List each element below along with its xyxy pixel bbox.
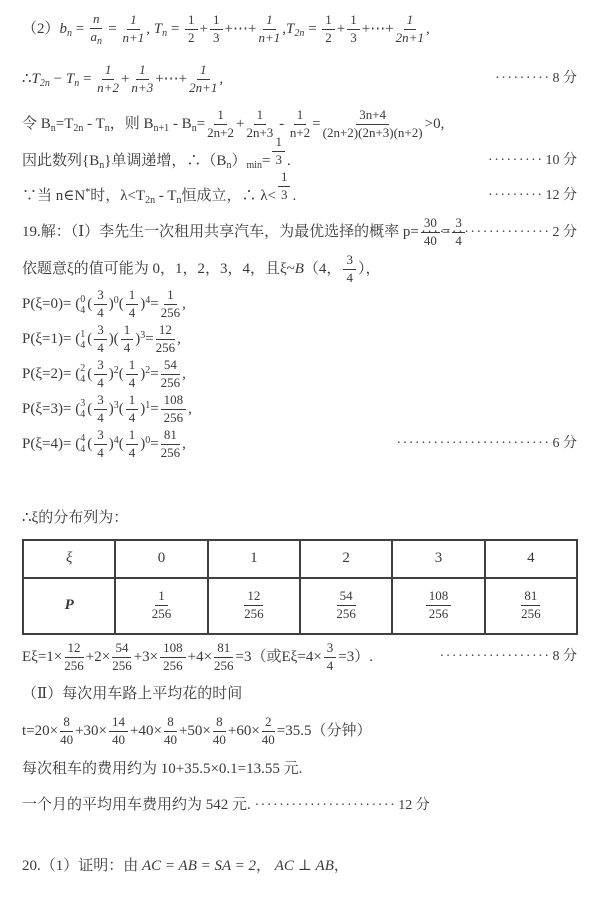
fraction-denominator: 256 <box>161 445 181 461</box>
table-data-row: P1256122565425610825681256 <box>23 578 577 634</box>
table-header-row: ξ01234 <box>23 540 577 578</box>
fraction: 12 <box>322 13 335 46</box>
fraction-denominator: 4 <box>129 375 136 391</box>
fraction: 1n+1 <box>258 13 280 46</box>
fraction-denominator: 4 <box>327 658 334 674</box>
fraction: 34 <box>94 358 107 391</box>
fraction: 108256 <box>160 641 186 674</box>
text-run: − <box>50 71 66 87</box>
text-run: =T <box>56 116 74 132</box>
fraction-denominator: 2n+1 <box>189 80 217 96</box>
text-run: = <box>150 366 158 382</box>
fraction-denominator: 256 <box>429 606 449 622</box>
fraction-denominator: 2 <box>188 30 195 46</box>
fraction: 34 <box>94 428 107 461</box>
fraction-numerator: 8 <box>164 715 177 732</box>
fraction-denominator: 256 <box>156 340 176 356</box>
sol19-probability: 19.解：（Ⅰ）李先生一次租用共享汽车，为最优选择的概率 p=3040=34··… <box>22 216 577 249</box>
fraction-numerator: 1 <box>254 108 267 125</box>
table-header-cell: 2 <box>300 540 392 578</box>
fraction: 12n+2 <box>207 108 234 141</box>
text-run: Eξ=1× <box>22 648 62 664</box>
fraction-numerator: 108 <box>426 589 452 606</box>
fraction: 14 <box>126 358 139 391</box>
text-run: （4， <box>304 261 342 277</box>
text-run: +50× <box>179 723 211 739</box>
fraction: 34 <box>324 641 337 674</box>
text-run: T <box>32 71 40 87</box>
fraction: 1n+1 <box>122 13 144 46</box>
score-marker: ·····················2 分 <box>421 220 577 246</box>
text-run: +4× <box>188 648 212 664</box>
fraction-denominator: (2n+2)(2n+3)(n+2) <box>323 125 423 141</box>
score-label: 8 分 <box>553 649 578 664</box>
fraction-numerator: 81 <box>521 589 540 606</box>
text-run: 每次租车的费用约为 10+35.5×0.1=13.55 元. <box>22 761 302 777</box>
table-header-cell: 4 <box>485 540 577 578</box>
fraction: 13 <box>272 135 285 168</box>
eq-p-xi-1: P(ξ=1)= (14(34)(14)3=12256, <box>22 323 577 356</box>
fraction-denominator: 256 <box>336 606 356 622</box>
fraction-numerator: 1 <box>126 358 139 375</box>
subscript: 2n <box>40 78 50 89</box>
fraction-numerator: 1 <box>294 108 307 125</box>
text-run: AB <box>316 858 334 874</box>
table-header-cell: 1 <box>208 540 300 578</box>
eq-p-xi-2: P(ξ=2)= (24(34)2(14)2=54256, <box>22 358 577 391</box>
eq-bn-definition: （2）bn = nan = 1n+1, Tn = 12+13+⋯+1n+1,T2… <box>22 12 577 47</box>
fraction-denominator: n+2 <box>97 80 119 96</box>
fraction-denominator: 4 <box>129 445 136 461</box>
text-run: =3（或Eξ=4× <box>236 648 322 664</box>
eq-p-xi-0: P(ξ=0)= (04(34)0(14)4=1256, <box>22 288 577 321</box>
text-run: ( <box>119 296 124 312</box>
dot-leader: ······················· <box>255 798 397 813</box>
fraction-numerator: 12 <box>244 589 263 606</box>
fraction: 108256 <box>161 393 187 426</box>
text-run: ( <box>87 331 92 347</box>
fraction-denominator: 256 <box>64 658 84 674</box>
fraction-numerator: 1 <box>126 288 139 305</box>
binomial-stack: 04 <box>80 294 85 316</box>
table-data-cell: 81256 <box>485 578 577 634</box>
fraction-denominator: 4 <box>97 305 104 321</box>
fraction: 12 <box>185 13 198 46</box>
fraction: 1n+2 <box>290 108 310 141</box>
text-run: =3）. <box>338 648 373 664</box>
dot-leader: ········· <box>488 153 543 168</box>
dot-leader: ························· <box>396 436 550 451</box>
text-run: ）， <box>358 261 381 277</box>
fraction-denominator: 256 <box>112 658 132 674</box>
fraction: 13 <box>347 13 360 46</box>
text-run: = <box>304 21 320 37</box>
text-run: , <box>426 21 430 37</box>
table-data-cell: 54256 <box>300 578 392 634</box>
fraction-denominator: 256 <box>152 606 172 622</box>
table-data-cell: P <box>23 578 115 634</box>
text-run: . <box>292 187 296 203</box>
fraction-denominator: 3 <box>213 30 220 46</box>
text-run: ( <box>87 296 92 312</box>
fraction-denominator: an <box>90 29 102 47</box>
text-run: AC = AB = SA = 2 <box>142 858 256 874</box>
score-label: 10 分 <box>546 153 578 168</box>
subscript: min <box>246 160 262 171</box>
eq-average-time: t=20×840+30×1440+40×840+50×840+60×240=35… <box>22 715 577 748</box>
dot-leader: ·················· <box>440 649 551 664</box>
fraction-numerator: n <box>90 12 103 29</box>
score-label: 12 分 <box>398 798 430 813</box>
text-run: +60× <box>228 723 260 739</box>
text-run: +⋯+ <box>225 21 257 37</box>
fraction-denominator: 256 <box>163 658 183 674</box>
fraction-numerator: 1 <box>126 393 139 410</box>
fraction-denominator: 256 <box>214 658 234 674</box>
eq-p-xi-4: P(ξ=4)= (44(34)4(14)0=81256,············… <box>22 428 577 461</box>
binomial-stack: 14 <box>80 329 85 351</box>
fraction-denominator: 256 <box>164 410 184 426</box>
text-run: - T <box>83 116 104 132</box>
fraction-denominator: 4 <box>97 340 104 356</box>
eq-expectation: Eξ=1×12256+2×54256+3×108256+4×81256=3（或E… <box>22 641 577 674</box>
text-run: = <box>79 71 95 87</box>
fraction: 81256 <box>521 589 541 622</box>
fraction-numerator: 1 <box>404 13 417 30</box>
text-run: = <box>145 331 153 347</box>
fraction: 840 <box>164 715 177 748</box>
fraction: 1256 <box>152 589 172 622</box>
fraction: 12256 <box>244 589 264 622</box>
sol19-xi-values: 依题意ξ的值可能为 0，1，2，3，4，且ξ~B（4，34）， <box>22 253 577 286</box>
fraction: 12256 <box>156 323 176 356</box>
subscript: n+1 <box>154 123 170 134</box>
text-run: , <box>182 436 186 452</box>
fraction: 34 <box>94 393 107 426</box>
fraction-numerator: 1 <box>197 63 210 80</box>
fraction: 240 <box>262 715 275 748</box>
fraction-denominator: 256 <box>161 375 181 391</box>
binomial-top: 1 <box>80 329 85 340</box>
fraction: 34 <box>94 323 107 356</box>
fraction: 108256 <box>426 589 452 622</box>
fraction-numerator: 108 <box>160 641 186 658</box>
fraction: 54256 <box>112 641 132 674</box>
table-header-cell: 3 <box>392 540 484 578</box>
sol20-start: 20.（1）证明：由 AC = AB = SA = 2， AC ⊥ AB， <box>22 853 577 879</box>
fraction-numerator: 1 <box>136 63 149 80</box>
text-run: 时，λ<T <box>90 187 145 203</box>
fraction-numerator: 3 <box>94 288 107 305</box>
fraction-numerator: 3 <box>94 358 107 375</box>
fraction-denominator: 2n+1 <box>396 30 424 46</box>
text-run: . <box>287 153 291 169</box>
text-run: ( <box>87 366 92 382</box>
text-run: ⊥ <box>294 858 316 874</box>
binomial-bottom: 4 <box>80 340 85 351</box>
fraction-denominator: 3 <box>275 152 282 168</box>
text-run: +30× <box>75 723 107 739</box>
fraction: 12n+1 <box>396 13 424 46</box>
text-run: + <box>200 21 208 37</box>
fraction: 54256 <box>161 358 181 391</box>
fraction-denominator: 4 <box>124 340 131 356</box>
fraction: 13 <box>210 13 223 46</box>
dot-leader: ····················· <box>421 225 550 240</box>
fraction: 3n+4(2n+2)(2n+3)(n+2) <box>323 108 423 141</box>
score-marker: ·························6 分 <box>396 431 577 457</box>
table-data-cell: 12256 <box>208 578 300 634</box>
text-run: ( <box>87 436 92 452</box>
fraction-denominator: 4 <box>97 375 104 391</box>
binomial-top: 0 <box>80 294 85 305</box>
score-marker: ·······················12 分 <box>255 798 430 813</box>
fraction-denominator: 40 <box>112 732 125 748</box>
fraction: 14 <box>126 393 139 426</box>
binomial-stack: 44 <box>80 433 85 455</box>
score-marker: ·········8 分 <box>495 66 577 92</box>
fraction-numerator: 1 <box>347 13 360 30</box>
text-run: AC <box>275 858 294 874</box>
text-run: 恒成立，∴ λ< <box>181 187 275 203</box>
fraction-numerator: 1 <box>126 428 139 445</box>
eq-t2n-minus-tn: ∴T2n − Tn = 1n+2+1n+3+⋯+12n+1,·········8… <box>22 63 577 96</box>
fraction-denominator: 4 <box>129 410 136 426</box>
fraction-numerator: 1 <box>263 13 276 30</box>
fraction: 14 <box>121 323 134 356</box>
text-run: - T <box>155 187 176 203</box>
text-run: +40× <box>130 723 162 739</box>
fraction: nan <box>90 12 103 47</box>
distribution-label: ∴ξ的分布列为： <box>22 505 577 531</box>
fraction: 1n+3 <box>131 63 153 96</box>
text-run: （2） <box>22 21 60 37</box>
eq-lambda-bound: ∵当 n∈N*时，λ<T2n - Tn恒成立，∴ λ<13.·········1… <box>22 180 577 213</box>
binomial-top: 3 <box>80 398 85 409</box>
text-run: =35.5（分钟） <box>277 723 372 739</box>
text-run: = <box>167 21 183 37</box>
document-page: （2）bn = nan = 1n+1, Tn = 12+13+⋯+1n+1,T2… <box>0 0 601 913</box>
fraction: 14 <box>126 288 139 321</box>
fraction-numerator: 3 <box>324 641 337 658</box>
fraction: 54256 <box>336 589 356 622</box>
subscript: n <box>97 36 102 47</box>
text-run: = <box>197 116 205 132</box>
fraction-numerator: 54 <box>337 589 356 606</box>
fraction: 81256 <box>214 641 234 674</box>
text-run: >0, <box>425 116 445 132</box>
fraction-numerator: 3n+4 <box>356 108 389 125</box>
score-marker: ·········10 分 <box>488 148 577 174</box>
subscript: 2n <box>73 123 83 134</box>
binomial-top: 2 <box>80 363 85 374</box>
fraction-numerator: 14 <box>109 715 128 732</box>
fraction-numerator: 3 <box>94 428 107 445</box>
fraction-numerator: 1 <box>164 288 177 305</box>
text-run: 一个月的平均用车费用约为 542 元. <box>22 797 255 813</box>
fraction-denominator: 4 <box>129 305 136 321</box>
fraction-denominator: 40 <box>213 732 226 748</box>
text-run: 因此数列{B <box>22 153 99 169</box>
text-run: P(ξ=1)= ( <box>22 331 80 347</box>
fraction-numerator: 1 <box>272 135 285 152</box>
text-run: )( <box>109 331 119 347</box>
monthly-cost: 一个月的平均用车费用约为 542 元. ····················… <box>22 792 577 819</box>
fraction: 12n+3 <box>246 108 273 141</box>
fraction: 14 <box>126 428 139 461</box>
text-run: （Ⅱ）每次用车路上平均花的时间 <box>22 686 242 702</box>
text-run: +⋯+ <box>155 71 187 87</box>
fraction-denominator: 2n+2 <box>207 125 234 141</box>
text-run: B <box>295 261 304 277</box>
fraction-numerator: 54 <box>112 641 131 658</box>
fraction-denominator: 40 <box>164 732 177 748</box>
text-run: b <box>60 21 68 37</box>
fraction-denominator: 256 <box>521 606 541 622</box>
fraction-numerator: 1 <box>155 589 168 606</box>
fraction-denominator: n+1 <box>122 30 144 46</box>
fraction: 34 <box>94 288 107 321</box>
score-marker: ··················8 分 <box>440 644 577 670</box>
binomial-bottom: 4 <box>80 305 85 316</box>
fraction: 1256 <box>161 288 181 321</box>
fraction-numerator: 1 <box>214 108 227 125</box>
text-run: t=20× <box>22 723 58 739</box>
text-run: + <box>121 71 129 87</box>
binomial-bottom: 4 <box>80 444 85 455</box>
fraction: 1440 <box>109 715 128 748</box>
table-data-cell: 1256 <box>115 578 207 634</box>
dot-leader: ········· <box>488 188 543 203</box>
dot-leader: ········· <box>495 71 550 86</box>
subscript: 2n <box>145 194 155 205</box>
text-run: ( <box>119 436 124 452</box>
text-run: P(ξ=3)= ( <box>22 401 80 417</box>
text-run: , <box>182 366 186 382</box>
fraction-denominator: 3 <box>281 187 288 203</box>
fraction-numerator: 12 <box>156 323 175 340</box>
fraction-numerator: 1 <box>121 323 134 340</box>
score-label: 2 分 <box>553 225 578 240</box>
binomial-bottom: 4 <box>80 409 85 420</box>
fraction-denominator: 40 <box>262 732 275 748</box>
fraction: 13 <box>278 170 291 203</box>
text-run: , <box>146 21 154 37</box>
text-run: ∴ <box>22 71 32 87</box>
text-run: + <box>236 116 244 132</box>
fraction-denominator: n+3 <box>131 80 153 96</box>
text-run: +2× <box>86 648 110 664</box>
fraction-numerator: 1 <box>102 63 115 80</box>
text-run: = <box>312 116 320 132</box>
table-header-cell: 0 <box>115 540 207 578</box>
text-run: 19.解：（Ⅰ）李先生一次租用共享汽车，为最优选择的概率 p= <box>22 224 419 240</box>
fraction-numerator: 12 <box>65 641 84 658</box>
text-run: T <box>66 71 74 87</box>
text-run: 令 B <box>22 116 51 132</box>
text-run: 20.（1）证明：由 <box>22 858 142 874</box>
fraction: 840 <box>60 715 73 748</box>
fraction-numerator: 3 <box>94 323 107 340</box>
text-run: +3× <box>134 648 158 664</box>
fraction-denominator: 2n+3 <box>246 125 273 141</box>
fraction-numerator: 1 <box>278 170 291 187</box>
fraction: 1n+2 <box>97 63 119 96</box>
eq-bn-monotone: 因此数列{Bn}单调递增，∴（Bn）min=13.·········10 分 <box>22 145 577 178</box>
text-run: = <box>262 153 270 169</box>
text-run: , <box>182 296 186 312</box>
fraction-numerator: 1 <box>127 13 140 30</box>
text-run: = <box>150 296 158 312</box>
fraction-numerator: 3 <box>343 253 356 270</box>
table-header-cell: ξ <box>23 540 115 578</box>
table-data-cell: 108256 <box>392 578 484 634</box>
binomial-stack: 34 <box>80 398 85 420</box>
text-run: P(ξ=4)= ( <box>22 436 80 452</box>
fraction-numerator: 8 <box>60 715 73 732</box>
fraction-numerator: 81 <box>214 641 233 658</box>
score-marker: ·········12 分 <box>488 183 577 209</box>
text-run: = <box>150 401 158 417</box>
fraction-numerator: 81 <box>161 428 180 445</box>
binomial-bottom: 4 <box>80 374 85 385</box>
fraction: 12n+1 <box>189 63 217 96</box>
fraction-numerator: 8 <box>213 715 226 732</box>
text-run: ( <box>119 366 124 382</box>
subscript: 2n <box>294 28 304 39</box>
text-run: ( <box>87 401 92 417</box>
fraction-denominator: 4 <box>97 410 104 426</box>
binomial-top: 4 <box>80 433 85 444</box>
fraction-denominator: 256 <box>244 606 264 622</box>
fraction: 840 <box>213 715 226 748</box>
fraction-numerator: 1 <box>322 13 335 30</box>
fraction-denominator: n+1 <box>258 30 280 46</box>
fraction-denominator: 256 <box>161 305 181 321</box>
text-run: P(ξ=0)= ( <box>22 296 80 312</box>
part2-label: （Ⅱ）每次用车路上平均花的时间 <box>22 681 577 707</box>
text-run: = <box>104 21 120 37</box>
fraction: 12256 <box>64 641 84 674</box>
text-run: ，则 B <box>110 116 154 132</box>
fraction-denominator: 2 <box>325 30 332 46</box>
text-run: - B <box>169 116 192 132</box>
text-run: P(ξ=2)= ( <box>22 366 80 382</box>
distribution-table: ξ01234P1256122565425610825681256 <box>22 539 578 635</box>
fraction-denominator: 4 <box>97 445 104 461</box>
text-run: ∵当 n∈N <box>22 187 85 203</box>
text-run: = <box>150 436 158 452</box>
fraction-numerator: 1 <box>210 13 223 30</box>
fraction: 81256 <box>161 428 181 461</box>
document-body: （2）bn = nan = 1n+1, Tn = 12+13+⋯+1n+1,T2… <box>22 12 577 879</box>
text-run: = <box>72 21 88 37</box>
fraction-numerator: 2 <box>262 715 275 732</box>
fraction-denominator: 3 <box>350 30 357 46</box>
score-label: 6 分 <box>553 436 578 451</box>
text-run: ∴ξ的分布列为： <box>22 510 128 526</box>
fraction: 34 <box>343 253 356 286</box>
text-run: , <box>219 71 223 87</box>
text-run: , <box>188 401 192 417</box>
score-label: 8 分 <box>553 71 578 86</box>
text-run: T <box>154 21 162 37</box>
text-run: ( <box>119 401 124 417</box>
fraction-numerator: 3 <box>94 393 107 410</box>
text-run: ， <box>256 858 275 874</box>
text-run: 依题意ξ的值可能为 0，1，2，3，4，且ξ~ <box>22 261 295 277</box>
fraction-numerator: 54 <box>161 358 180 375</box>
